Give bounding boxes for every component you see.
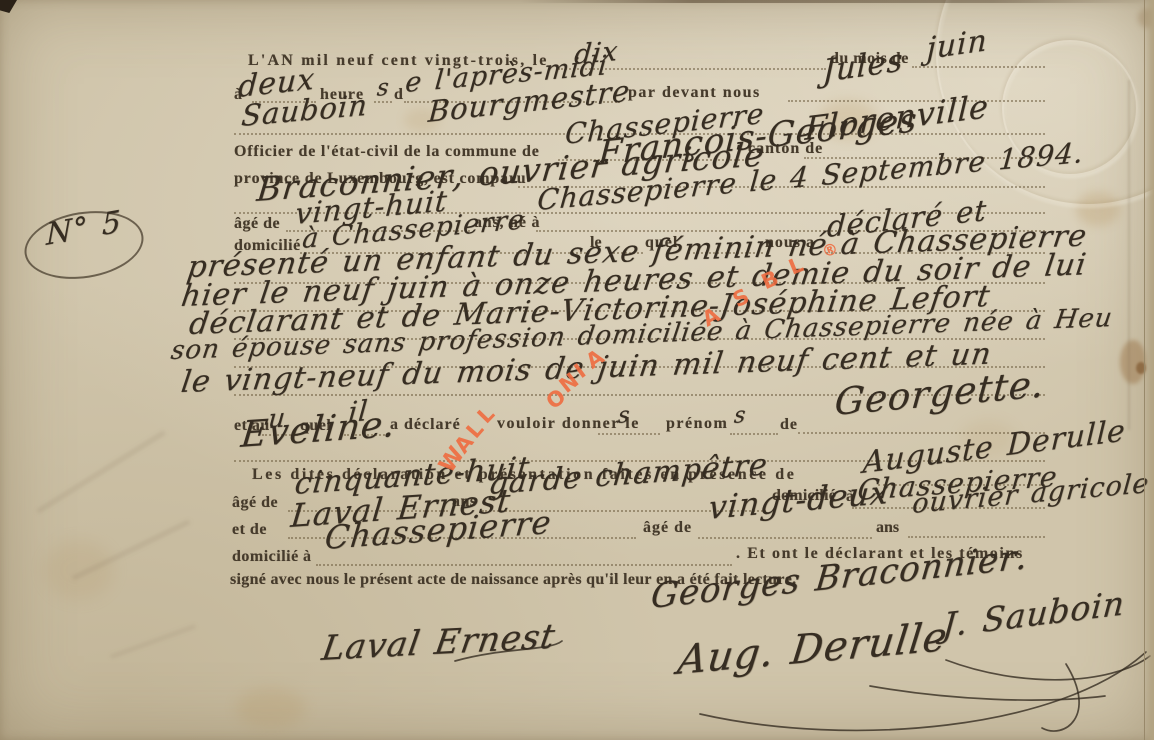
page-top-edge (0, 0, 1154, 3)
birth-act-scan: N° 5 L'AN mil neuf cent vingt-trois, led… (0, 0, 1154, 740)
pen-flourish (870, 686, 1105, 700)
page-right-edge (1144, 0, 1154, 740)
pen-flourish (1042, 664, 1079, 731)
pen-flourish (946, 656, 1150, 680)
